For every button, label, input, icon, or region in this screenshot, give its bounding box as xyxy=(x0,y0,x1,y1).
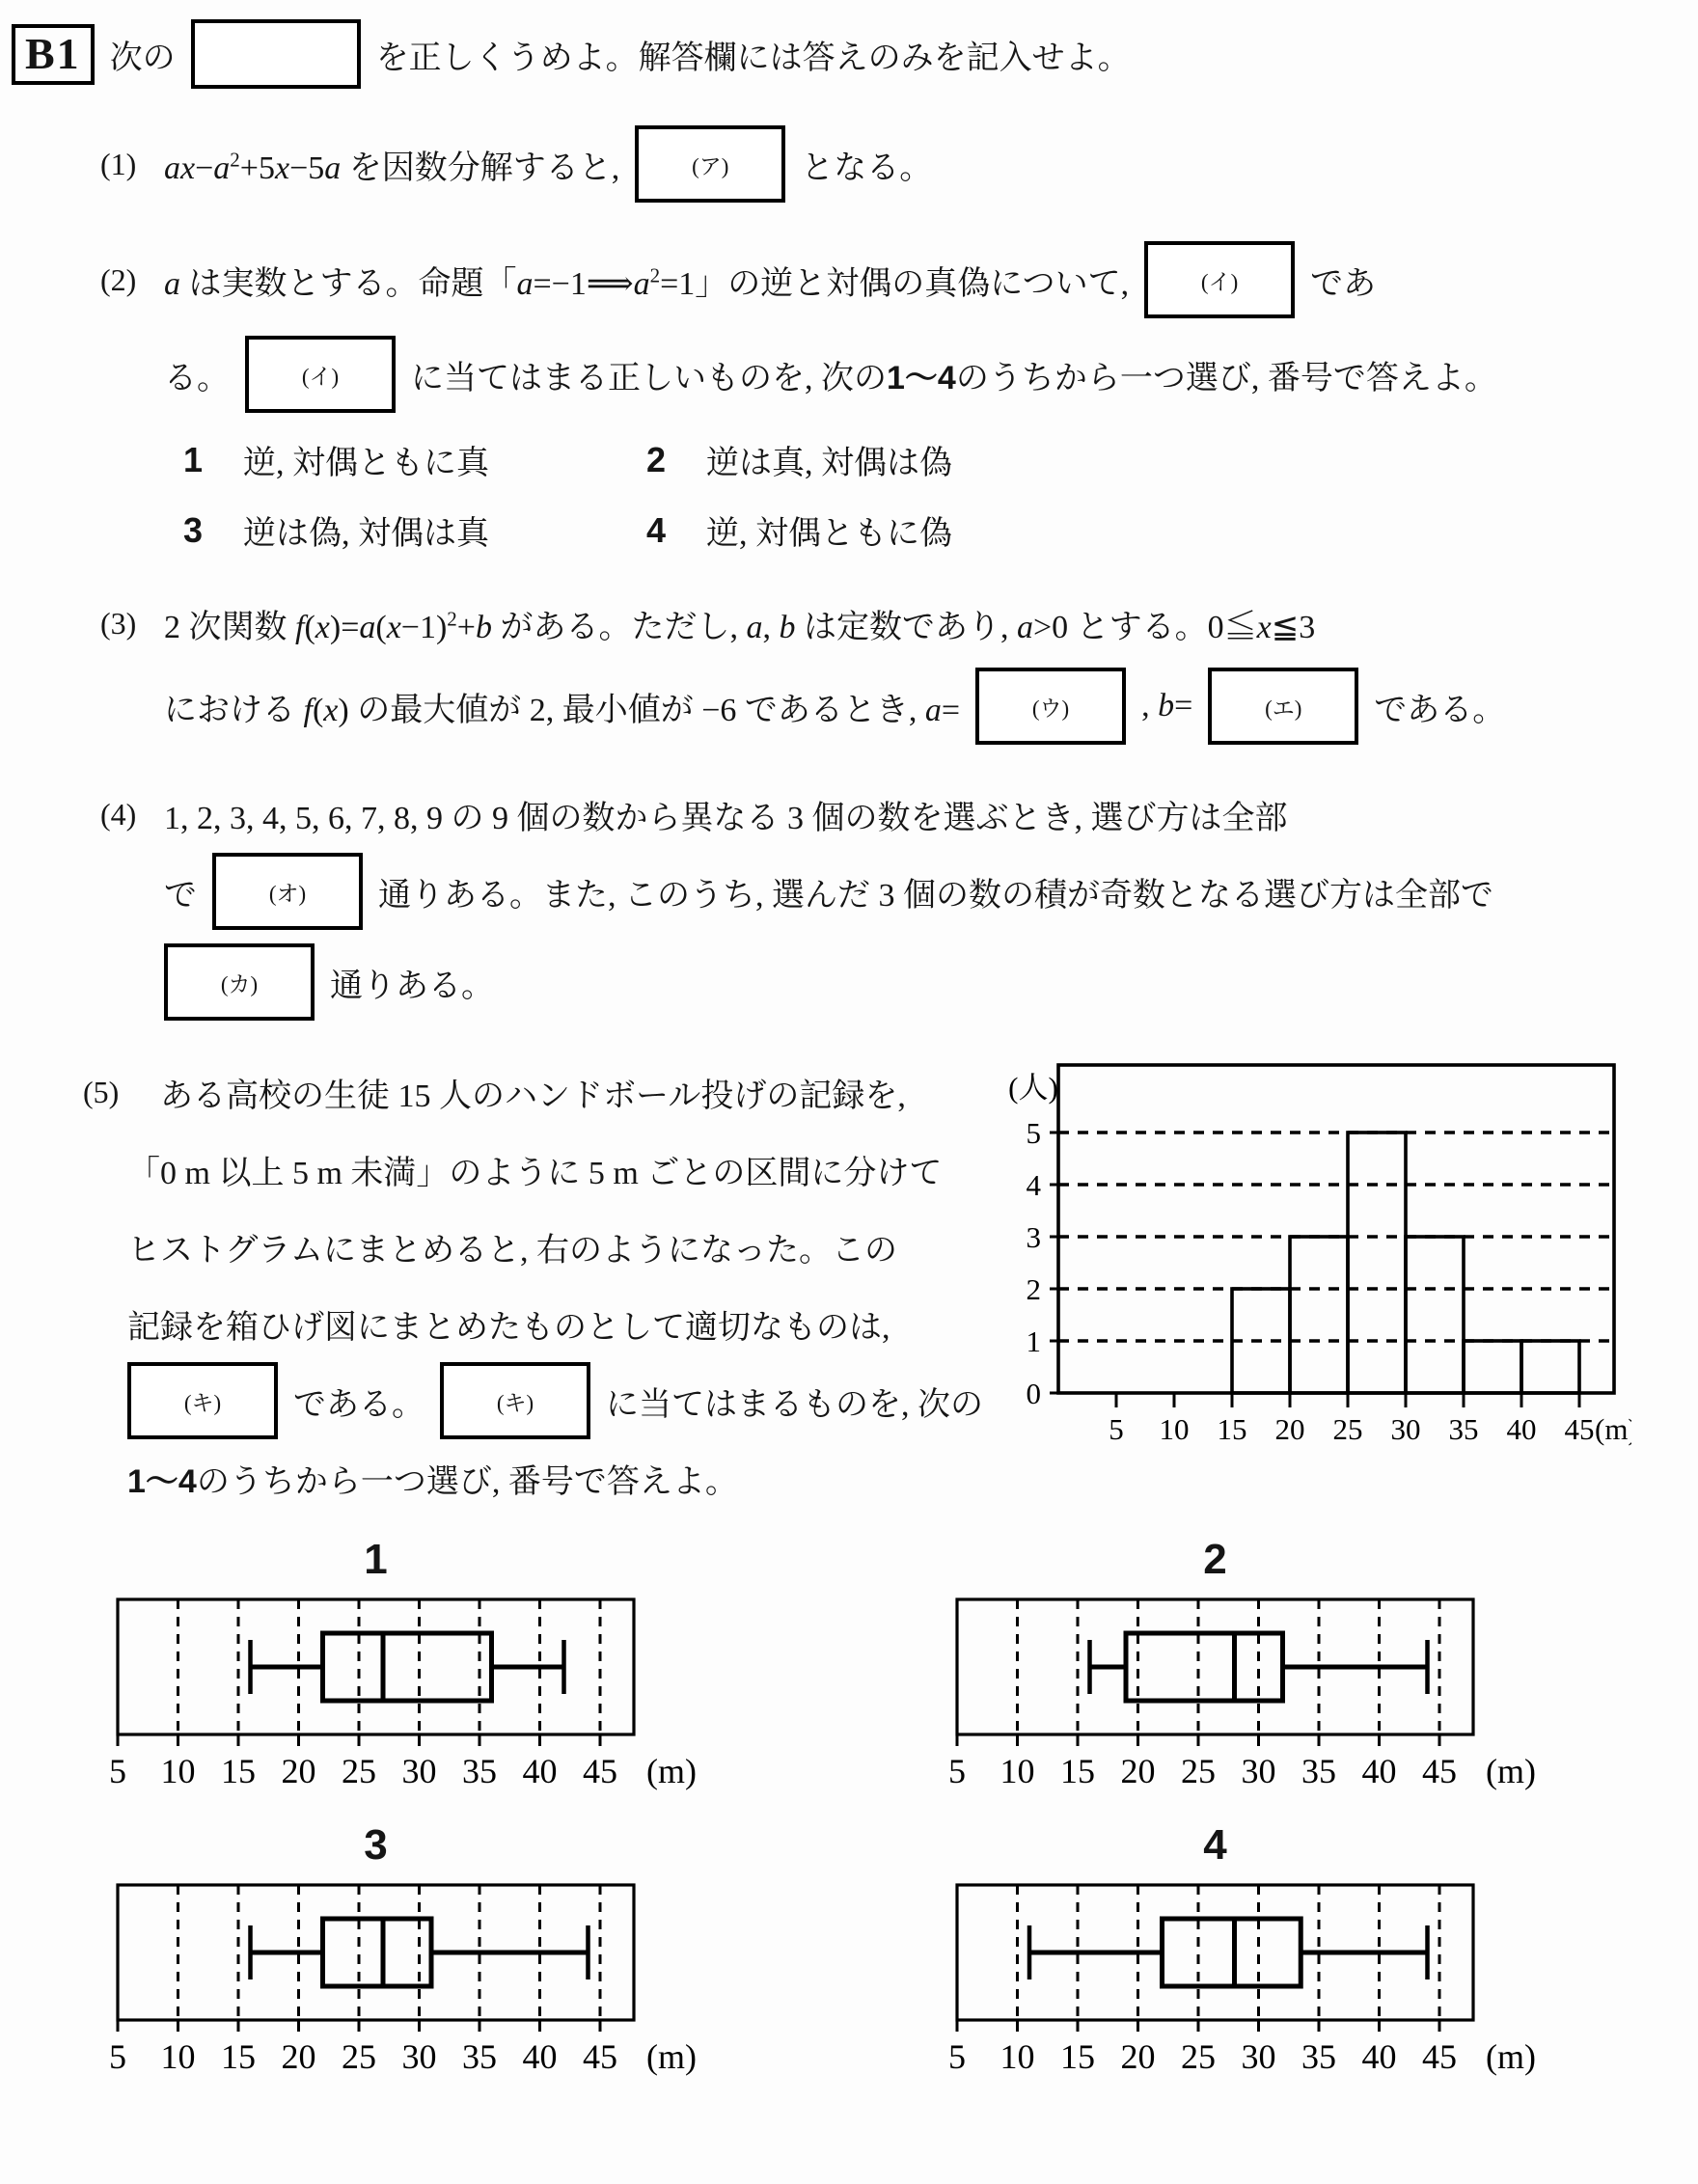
svg-text:40: 40 xyxy=(523,2037,558,2076)
problem-5-line-5-mid: である。 xyxy=(293,1378,424,1425)
svg-text:15: 15 xyxy=(1060,2037,1095,2076)
problem-5: (5) ある高校の生徒 15 人のハンドボール投げの記録を, 「0 m 以上 5… xyxy=(83,1053,1679,1516)
svg-text:10: 10 xyxy=(1000,2037,1035,2076)
blank-box xyxy=(191,19,361,89)
boxplot-chart-4: 51015202530354045(m) xyxy=(918,1877,1671,2082)
choice-4: 4 逆, 対偶ともに偽 xyxy=(646,506,1109,554)
problem-3-statement: 2 次関数 f(x)=a(x−1)2+b がある。ただし, a, b は定数であ… xyxy=(164,600,1315,647)
choices-row-1: 1 逆, 対偶ともに真 2 逆は真, 対偶は偽 xyxy=(183,436,1679,483)
svg-text:15: 15 xyxy=(221,2037,256,2076)
choice-2-text: 逆は真, 対偶は偽 xyxy=(706,436,952,483)
answer-box-ka: (カ) xyxy=(164,943,315,1021)
svg-text:25: 25 xyxy=(342,2037,376,2076)
boxplot-3-label: 3 xyxy=(79,1821,672,1870)
problem-4-line-3: (カ) 通りある。 xyxy=(100,943,1679,1021)
svg-text:20: 20 xyxy=(282,2037,316,2076)
svg-text:15: 15 xyxy=(1060,1752,1095,1790)
choices-row-2: 3 逆は偽, 対偶は真 4 逆, 対偶ともに偽 xyxy=(183,506,1679,554)
svg-text:10: 10 xyxy=(161,1752,196,1790)
svg-text:30: 30 xyxy=(402,2037,437,2076)
problem-3-line-1: (3) 2 次関数 f(x)=a(x−1)2+b がある。ただし, a, b は… xyxy=(100,598,1679,648)
problem-1-tail: となる。 xyxy=(801,141,932,188)
svg-text:40: 40 xyxy=(1362,2037,1397,2076)
svg-text:30: 30 xyxy=(1242,1752,1276,1790)
svg-text:(m): (m) xyxy=(1486,2037,1536,2076)
svg-text:2: 2 xyxy=(1027,1272,1042,1306)
header-instruction-pre: 次の xyxy=(110,31,176,78)
problem-3-number: (3) xyxy=(100,606,164,642)
svg-text:20: 20 xyxy=(282,1752,316,1790)
boxplot-chart-1: 51015202530354045(m) xyxy=(79,1592,832,1796)
problem-2-line-2-post: に当てはまる正しいものを, 次の1〜4のうちから一つ選び, 番号で答えよ。 xyxy=(411,351,1497,398)
boxplot-option-3: 3 51015202530354045(m) xyxy=(79,1821,832,2082)
svg-text:45: 45 xyxy=(1565,1412,1595,1446)
svg-text:45: 45 xyxy=(583,1752,617,1790)
answer-box-o: (オ) xyxy=(212,853,363,930)
svg-text:(m): (m) xyxy=(1595,1412,1631,1446)
answer-box-ki-2: (キ) xyxy=(440,1362,590,1439)
svg-text:35: 35 xyxy=(1449,1412,1479,1446)
boxplot-option-2: 2 51015202530354045(m) xyxy=(918,1536,1671,1796)
svg-text:(m): (m) xyxy=(1486,1752,1536,1790)
problem-4-line-3-post: 通りある。 xyxy=(330,959,494,1006)
problem-1-line: (1) ax−a2+5x−5a を因数分解すると, (ア) となる。 xyxy=(100,125,1679,203)
svg-text:35: 35 xyxy=(462,1752,497,1790)
problem-2-line-1: (2) a は実数とする。命題「a=−1⟹a2=1」の逆と対偶の真偽について, … xyxy=(100,241,1679,318)
problem-2-statement: a は実数とする。命題「a=−1⟹a2=1」の逆と対偶の真偽について, xyxy=(164,257,1129,304)
svg-text:(m): (m) xyxy=(646,2037,697,2076)
svg-text:5: 5 xyxy=(948,2037,966,2076)
svg-text:10: 10 xyxy=(1160,1412,1190,1446)
problem-3: (3) 2 次関数 f(x)=a(x−1)2+b がある。ただし, a, b は… xyxy=(100,598,1679,745)
svg-text:(人): (人) xyxy=(1008,1071,1058,1105)
svg-text:45: 45 xyxy=(1422,2037,1457,2076)
svg-text:1: 1 xyxy=(1027,1324,1042,1358)
problem-1-number: (1) xyxy=(100,147,164,182)
choice-3-number: 3 xyxy=(183,510,243,551)
problem-4-line-2: で (オ) 通りある。また, このうち, 選んだ 3 個の数の積が奇数となる選び… xyxy=(100,853,1679,930)
choice-1-number: 1 xyxy=(183,440,243,480)
problem-id-badge: B1 xyxy=(12,24,95,85)
histogram-chart: 01234551015202530354045(m)(人) xyxy=(995,1053,1631,1451)
boxplot-option-1: 1 51015202530354045(m) xyxy=(79,1536,832,1796)
svg-text:4: 4 xyxy=(1027,1168,1042,1202)
header-instruction-post: を正しくうめよ。解答欄には答えのみを記入せよ。 xyxy=(376,31,1131,78)
problem-4-statement: 1, 2, 3, 4, 5, 6, 7, 8, 9 の 9 個の数から異なる 3… xyxy=(164,791,1288,838)
choice-2: 2 逆は真, 対偶は偽 xyxy=(646,436,1109,483)
answer-box-i: (イ) xyxy=(1144,241,1295,318)
svg-text:25: 25 xyxy=(342,1752,376,1790)
svg-text:15: 15 xyxy=(1218,1412,1247,1446)
problem-3-line-2-mid: , b= xyxy=(1141,688,1192,724)
problem-5-line-4: 記録を箱ひげ図にまとめたものとして適切なものは, xyxy=(83,1285,995,1362)
svg-text:35: 35 xyxy=(1301,2037,1336,2076)
problem-5-number: (5) xyxy=(83,1075,160,1110)
problem-2: (2) a は実数とする。命題「a=−1⟹a2=1」の逆と対偶の真偽について, … xyxy=(100,241,1679,554)
problem-5-line-6-text: 1〜4のうちから一つ選び, 番号で答えよ。 xyxy=(127,1455,738,1502)
svg-text:3: 3 xyxy=(1027,1220,1042,1254)
problem-2-number: (2) xyxy=(100,262,164,298)
problem-5-line-1-text: ある高校の生徒 15 人のハンドボール投げの記録を, xyxy=(160,1069,906,1116)
svg-text:(m): (m) xyxy=(646,1752,697,1790)
choice-4-number: 4 xyxy=(646,510,706,551)
svg-text:35: 35 xyxy=(1301,1752,1336,1790)
problem-4-line-1: (4) 1, 2, 3, 4, 5, 6, 7, 8, 9 の 9 個の数から異… xyxy=(100,789,1679,839)
svg-text:5: 5 xyxy=(948,1752,966,1790)
svg-text:5: 5 xyxy=(109,1752,126,1790)
problem-4-number: (4) xyxy=(100,797,164,833)
problem-2-line-2-pre: る。 xyxy=(164,351,230,398)
svg-text:40: 40 xyxy=(1362,1752,1397,1790)
problem-5-line-3-text: ヒストグラムにまとめると, 右のようになった。この xyxy=(127,1223,897,1270)
choice-2-number: 2 xyxy=(646,440,706,480)
problem-5-line-5: (キ) である。 (キ) に当てはまるものを, 次の xyxy=(83,1362,995,1439)
boxplot-chart-3: 51015202530354045(m) xyxy=(79,1877,832,2082)
svg-text:30: 30 xyxy=(1391,1412,1421,1446)
svg-text:45: 45 xyxy=(583,2037,617,2076)
svg-text:40: 40 xyxy=(523,1752,558,1790)
answer-box-ki: (キ) xyxy=(127,1362,278,1439)
svg-text:5: 5 xyxy=(1027,1116,1042,1150)
boxplot-4-label: 4 xyxy=(918,1821,1512,1870)
boxplot-1-label: 1 xyxy=(79,1536,672,1584)
svg-text:20: 20 xyxy=(1275,1412,1305,1446)
svg-text:25: 25 xyxy=(1181,2037,1216,2076)
svg-text:5: 5 xyxy=(109,2037,126,2076)
answer-box-e: (エ) xyxy=(1208,668,1358,745)
problem-5-line-6: 1〜4のうちから一つ選び, 番号で答えよ。 xyxy=(83,1439,995,1516)
problem-3-tail: である。 xyxy=(1374,683,1505,730)
choice-1-text: 逆, 対偶ともに真 xyxy=(243,436,489,483)
choice-3-text: 逆は偽, 対偶は真 xyxy=(243,506,489,554)
svg-text:25: 25 xyxy=(1333,1412,1363,1446)
problem-3-line-2-pre: における f(x) の最大値が 2, 最小値が −6 であるとき, a= xyxy=(164,683,960,730)
svg-text:30: 30 xyxy=(402,1752,437,1790)
problem-5-line-4-text: 記録を箱ひげ図にまとめたものとして適切なものは, xyxy=(127,1300,890,1348)
problem-5-line-3: ヒストグラムにまとめると, 右のようになった。この xyxy=(83,1208,995,1285)
svg-text:5: 5 xyxy=(1109,1412,1124,1446)
problem-1: (1) ax−a2+5x−5a を因数分解すると, (ア) となる。 xyxy=(100,125,1679,203)
problem-5-line-5-end: に当てはまるものを, 次の xyxy=(606,1378,983,1425)
svg-text:30: 30 xyxy=(1242,2037,1276,2076)
svg-text:45: 45 xyxy=(1422,1752,1457,1790)
problem-5-line-2-text: 「0 m 以上 5 m 未満」のように 5 m ごとの区間に分けて xyxy=(127,1146,942,1193)
exam-page: B1 次の を正しくうめよ。解答欄には答えのみを記入せよ。 (1) ax−a2+… xyxy=(0,0,1698,2082)
header-instruction: 次の を正しくうめよ。解答欄には答えのみを記入せよ。 xyxy=(110,19,1131,89)
problem-2-line-2: る。 (イ) に当てはまる正しいものを, 次の1〜4のうちから一つ選び, 番号で… xyxy=(100,336,1679,413)
svg-text:20: 20 xyxy=(1121,1752,1156,1790)
svg-text:15: 15 xyxy=(221,1752,256,1790)
problem-4: (4) 1, 2, 3, 4, 5, 6, 7, 8, 9 の 9 個の数から異… xyxy=(100,789,1679,1021)
problem-3-line-2: における f(x) の最大値が 2, 最小値が −6 であるとき, a= (ウ)… xyxy=(100,668,1679,745)
choice-3: 3 逆は偽, 対偶は真 xyxy=(183,506,646,554)
problem-4-line-2-pre: で xyxy=(164,868,197,915)
histogram-panel: 01234551015202530354045(m)(人) xyxy=(995,1053,1631,1516)
choice-4-text: 逆, 対偶ともに偽 xyxy=(706,506,952,554)
svg-text:10: 10 xyxy=(1000,1752,1035,1790)
svg-text:35: 35 xyxy=(462,2037,497,2076)
answer-box-a: (ア) xyxy=(635,125,785,203)
problem-header: B1 次の を正しくうめよ。解答欄には答えのみを記入せよ。 xyxy=(12,19,1679,89)
problem-5-text: (5) ある高校の生徒 15 人のハンドボール投げの記録を, 「0 m 以上 5… xyxy=(83,1053,995,1516)
choice-1: 1 逆, 対偶ともに真 xyxy=(183,436,646,483)
answer-box-i-2: (イ) xyxy=(245,336,396,413)
svg-text:0: 0 xyxy=(1027,1377,1042,1410)
problem-5-line-2: 「0 m 以上 5 m 未満」のように 5 m ごとの区間に分けて xyxy=(83,1131,995,1208)
problem-5-line-1: (5) ある高校の生徒 15 人のハンドボール投げの記録を, xyxy=(83,1053,995,1131)
boxplot-2-label: 2 xyxy=(918,1536,1512,1584)
answer-box-u: (ウ) xyxy=(975,668,1126,745)
problem-2-line-1-end: であ xyxy=(1310,257,1376,304)
svg-text:20: 20 xyxy=(1121,2037,1156,2076)
svg-text:10: 10 xyxy=(161,2037,196,2076)
problem-4-line-2-post: 通りある。また, このうち, 選んだ 3 個の数の積が奇数となる選び方は全部で xyxy=(378,868,1493,915)
boxplot-options: 1 51015202530354045(m) 2 510152025303540… xyxy=(79,1536,1679,2082)
svg-text:40: 40 xyxy=(1507,1412,1537,1446)
problem-1-formula: ax−a2+5x−5a を因数分解すると, xyxy=(164,141,619,188)
svg-text:25: 25 xyxy=(1181,1752,1216,1790)
boxplot-chart-2: 51015202530354045(m) xyxy=(918,1592,1671,1796)
boxplot-option-4: 4 51015202530354045(m) xyxy=(918,1821,1671,2082)
